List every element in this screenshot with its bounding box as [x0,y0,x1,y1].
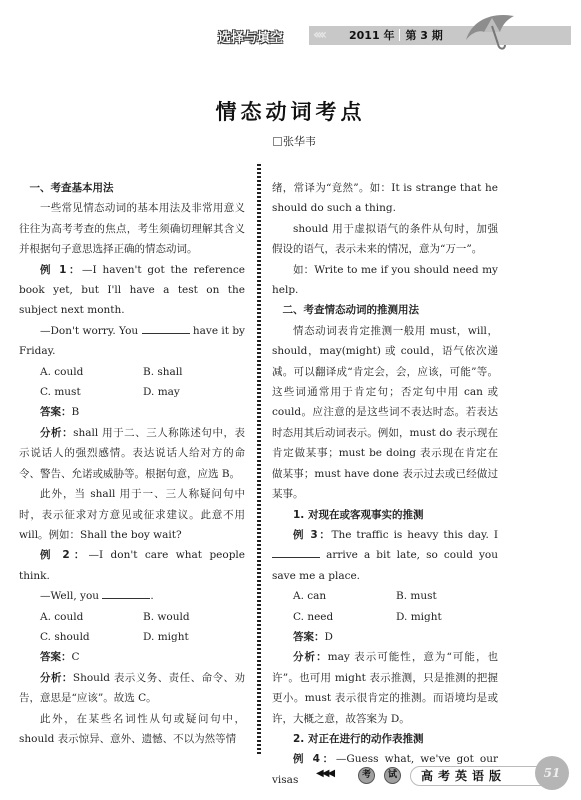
author-name: 张华韦 [283,135,316,148]
section2-intro: 情态动词表肯定推测一般用 must，will，should，may(might)… [272,321,498,505]
example1-options: A. could B. shall C. must D. may [19,362,245,403]
section1-intro: 一些常见情态动词的基本用法及非常用意义往往为高考考查的焦点，考生须确切理解其含义… [19,198,245,259]
author-box-icon [273,137,282,146]
example2-response: —Well, you . [19,586,245,606]
page-number: 51 [535,756,569,790]
answer-blank [272,548,320,558]
issue-year: 2011 年 [349,29,394,42]
example3-answer: 答案：D [272,627,498,647]
answer-blank [102,589,150,599]
example3-label: 例 3： [293,529,331,541]
option-c: C. must [40,382,143,402]
edition-label: 高考英语版 [410,766,550,786]
option-a: A. could [40,607,143,627]
option-b: B. shall [143,362,253,382]
note-shall: 此外，当 shall 用于一、三人称疑问句中时，表示征求对方意见或征求建议。此意… [19,484,245,545]
umbrella-icon [462,10,522,52]
write-example: 如：Write to me if you should need my help… [272,260,498,301]
analysis-label: 分析： [40,427,73,439]
note-should: 此外，在某些名词性从句或疑问句中，should 表示惊异、意外、遗憾、不以为然等… [19,709,245,750]
section1-heading: 一、考查基本用法 [19,178,245,198]
example2-line2-pre: —Well, you [40,590,102,602]
answer-label: 答案： [293,631,325,643]
example3-line1-pre: The traffic is heavy this day. I [331,529,498,541]
example1-response: —Don't worry. You have it by Friday. [19,321,245,362]
answer-blank [142,324,190,334]
author-line: 张华韦 [0,133,581,149]
sub2-heading: 2. 对正在进行的动作表推测 [272,729,498,749]
right-column: 绪，常译为“竟然”。如：It is strange that he should… [272,178,498,790]
example1-question: 例 1：—I haven't got the reference book ye… [19,260,245,321]
example2-analysis: 分析：Should 表示义务、责任、命令、劝告，意思是“应该”。故选 C。 [19,668,245,709]
example2-answer: 答案：C [19,647,245,667]
column-divider [257,164,261,754]
example1-answer: 答案：B [19,402,245,422]
option-c: C. need [293,607,396,627]
option-a: A. could [40,362,143,382]
example3-analysis: 分析：may 表示可能性，意为“可能，也许”。也可用 might 表示推测，只是… [272,647,498,729]
arrow-left-icon: ◀◀◀ [316,768,333,779]
answer-value: B [72,406,80,418]
option-b: B. must [396,586,506,606]
answer-label: 答案： [40,651,72,663]
analysis-label: 分析： [293,651,328,663]
example1-label: 例 1： [40,264,82,276]
issue-info: 2011 年第 3 期 [349,26,443,45]
issue-separator [399,29,400,41]
section2-heading: 二、考查情态动词的推测用法 [272,300,498,320]
answer-value: D [325,631,333,643]
page-footer: ◀◀◀ 考 试 高考英语版 51 [300,760,581,800]
issue-number: 第 3 期 [405,29,442,42]
article-title: 情态动词考点 [0,96,581,126]
analysis-label: 分析： [40,672,73,684]
answer-label: 答案： [40,406,72,418]
option-d: D. may [143,382,253,402]
example2-options: A. could B. would C. should D. might [19,607,245,648]
option-c: C. should [40,627,143,647]
example2-question: 例 2：—I don't care what people think. [19,545,245,586]
sub1-heading: 1. 对现在或客观事实的推测 [272,505,498,525]
option-a: A. can [293,586,396,606]
option-b: B. would [143,607,253,627]
example3-options: A. can B. must C. need D. might [272,586,498,627]
example1-line2-pre: —Don't worry. You [40,325,142,337]
answer-value: C [72,651,80,663]
example2-label: 例 2： [40,549,88,561]
example1-analysis: 分析：shall 用于二、三人称陈述句中，表示说话人的强烈感情。表达说话人给对方… [19,423,245,484]
option-d: D. might [143,627,253,647]
badge-kao: 考 [358,767,375,784]
running-header: 选择与填空 ‹‹‹‹ 2011 年第 3 期 [0,0,581,60]
chevron-left-icon: ‹‹‹‹ [313,26,324,45]
should-conditional-text: should 用于虚拟语气的条件从句时，加强假设的语气，表示未来的情况，意为“万… [272,219,498,260]
continuation-text: 绪，常译为“竟然”。如：It is strange that he should… [272,178,498,219]
section-name: 选择与填空 [218,27,283,46]
badge-shi: 试 [384,767,401,784]
example2-line2-post: . [150,590,153,602]
example3-question: 例 3：The traffic is heavy this day. I arr… [272,525,498,586]
option-d: D. might [396,607,506,627]
left-column: 一、考查基本用法 一些常见情态动词的基本用法及非常用意义往往为高考考查的焦点，考… [19,178,245,749]
